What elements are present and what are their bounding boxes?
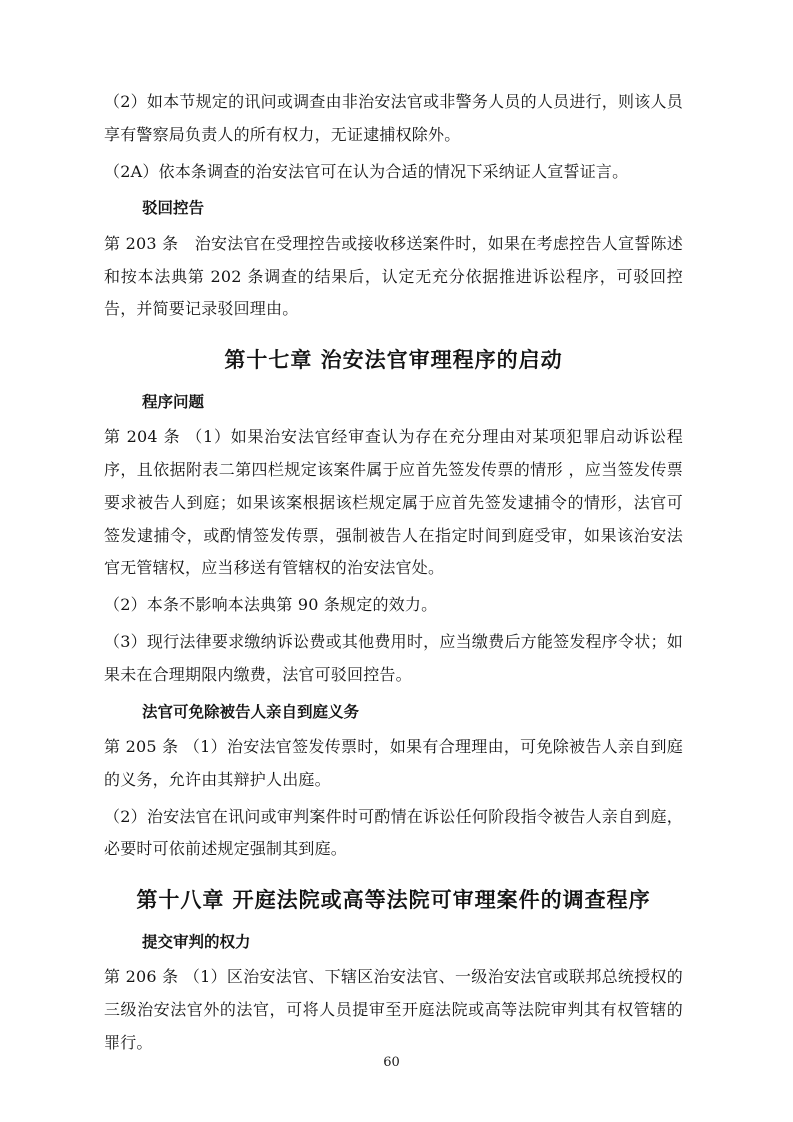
page-number: 60 [0, 1055, 783, 1070]
paragraph-article-204-2: （2）本条不影响本法典第 90 条规定的效力。 [104, 589, 683, 622]
heading-procedure-issues: 程序问题 [104, 388, 683, 417]
paragraph-article-203: 第 203 条 治安法官在受理控告或接收移送案件时，如果在考虑控告人宣誓陈述和按… [104, 228, 683, 326]
document-content: （2）如本节规定的讯问或调查由非治安法官或非警务人员的人员进行，则该人员享有警察… [0, 0, 793, 1060]
paragraph-article-204-1: 第 204 条 （1）如果治安法官经审查认为存在充分理由对某项犯罪启动诉讼程序，… [104, 421, 683, 585]
paragraph-article-205-2: （2）治安法官在讯问或审判案件时可酌情在诉讼任何阶段指令被告人亲自到庭，必要时可… [104, 801, 683, 867]
chapter-17-title: 第十七章 治安法官审理程序的启动 [104, 344, 683, 376]
chapter-18-title: 第十八章 开庭法院或高等法院可审理案件的调查程序 [104, 884, 683, 916]
paragraph-article-204-3: （3）现行法律要求缴纳诉讼费或其他费用时，应当缴费后方能签发程序令状；如果未在合… [104, 626, 683, 692]
paragraph-2a: （2A）依本条调查的治安法官可在认为合适的情况下采纳证人宣誓证言。 [104, 156, 683, 189]
document-page: （2）如本节规定的讯问或调查由非治安法官或非警务人员的人员进行，则该人员享有警察… [0, 0, 793, 1122]
heading-exemption-personal-appearance: 法官可免除被告人亲自到庭义务 [104, 698, 683, 727]
paragraph-2: （2）如本节规定的讯问或调查由非治安法官或非警务人员的人员进行，则该人员享有警察… [104, 86, 683, 152]
paragraph-article-206-1: 第 206 条 （1）区治安法官、下辖区治安法官、一级治安法官或联邦总统授权的三… [104, 961, 683, 1059]
paragraph-article-205-1: 第 205 条 （1）治安法官签发传票时，如果有合理理由，可免除被告人亲自到庭的… [104, 731, 683, 797]
heading-dismiss-complaint: 驳回控告 [104, 194, 683, 223]
heading-power-to-commit: 提交审判的权力 [104, 928, 683, 957]
